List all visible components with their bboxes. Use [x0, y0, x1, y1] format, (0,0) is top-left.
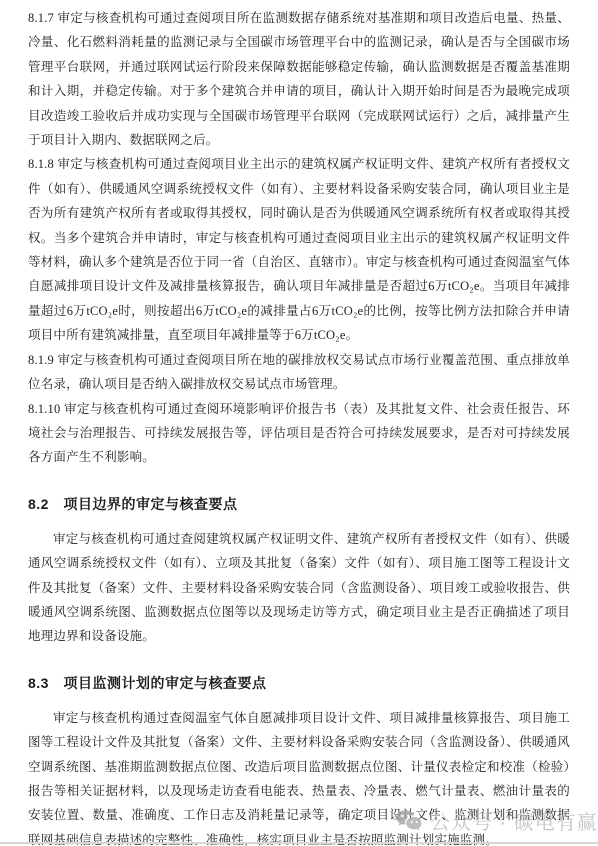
paragraph-8-1-7: 8.1.7 审定与核查机构可通过查阅项目所在监测数据存储系统对基准期和项目改造后… [28, 6, 570, 152]
document-content: 8.1.7 审定与核查机构可通过查阅项目所在监测数据存储系统对基准期和项目改造后… [0, 0, 598, 846]
document-page: { "document": { "paragraphs": [ { "id": … [0, 0, 598, 846]
bottom-divider [0, 842, 598, 844]
paragraph-8-1-10: 8.1.10 审定与核查机构可通过查阅环境影响评价报告书（表）及其批复文件、社会… [28, 397, 570, 470]
paragraph-8-1-8: 8.1.8 审定与核查机构可通过查阅项目业主出示的建筑权属产权证明文件、建筑产权… [28, 152, 570, 347]
section-heading-8-2: 8.2 项目边界的审定与核查要点 [28, 494, 570, 514]
paragraph-8-1-9: 8.1.9 审定与核查机构可通过查阅项目所在地的碳排放权交易试点市场行业覆盖范围… [28, 348, 570, 397]
paragraph-8-2-body: 审定与核查机构可通过查阅建筑权属产权证明文件、建筑产权所有者授权文件（如有）、供… [28, 527, 570, 649]
paragraph-8-3-body: 审定与核查机构通过查阅温室气体自愿减排项目设计文件、项目减排量核算报告、项目施工… [28, 706, 570, 846]
section-heading-8-3: 8.3 项目监测计划的审定与核查要点 [28, 673, 570, 693]
